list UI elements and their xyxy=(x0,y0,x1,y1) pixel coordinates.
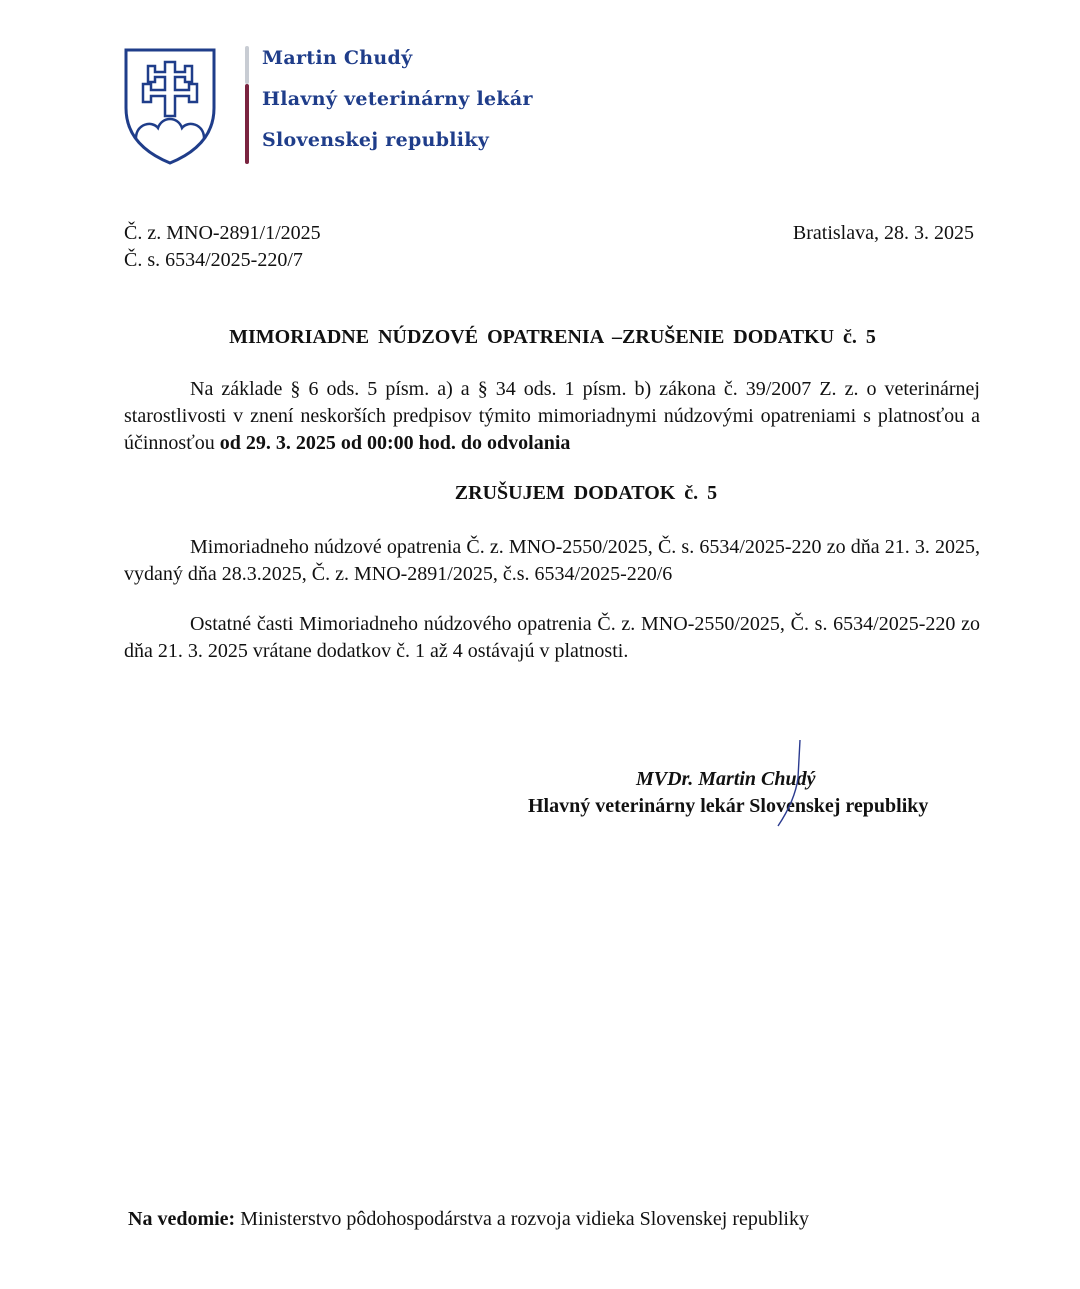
signature-title: Hlavný veterinárny lekár Slovenskej repu… xyxy=(528,795,928,818)
paragraph-2: Ostatné časti Mimoriadneho núdzového opa… xyxy=(124,611,980,665)
letterhead-bar-top xyxy=(245,46,249,84)
reference-cs: Č. s. 6534/2025-220/7 xyxy=(124,249,303,272)
paragraph-1-text: Mimoriadneho núdzové opatrenia Č. z. MNO… xyxy=(124,536,980,585)
note-line: Na vedomie: Ministerstvo pôdohospodárstv… xyxy=(128,1208,809,1231)
slovak-coat-of-arms-icon xyxy=(122,46,218,166)
letterhead-bar-bottom xyxy=(245,84,249,164)
intro-bold: od 29. 3. 2025 od 00:00 hod. do odvolani… xyxy=(220,432,571,454)
paragraph-1: Mimoriadneho núdzové opatrenia Č. z. MNO… xyxy=(124,534,980,588)
intro-paragraph: Na základe § 6 ods. 5 písm. a) a § 34 od… xyxy=(124,376,980,457)
handwritten-signature-icon xyxy=(760,738,820,828)
letterhead-country: Slovenskej republiky xyxy=(262,129,489,151)
document-title: MIMORIADNE NÚDZOVÉ OPATRENIA –ZRUŠENIE D… xyxy=(0,326,1080,349)
paragraph-2-text: Ostatné časti Mimoriadneho núdzového opa… xyxy=(124,613,980,662)
section-subtitle: ZRUŠUJEM DODATOK č. 5 xyxy=(0,482,1080,505)
letterhead-position: Hlavný veterinárny lekár xyxy=(262,88,533,110)
place-date: Bratislava, 28. 3. 2025 xyxy=(793,222,974,245)
reference-cz: Č. z. MNO-2891/1/2025 xyxy=(124,222,321,245)
note-text: Ministerstvo pôdohospodárstva a rozvoja … xyxy=(235,1208,809,1230)
note-label: Na vedomie: xyxy=(128,1208,235,1230)
letterhead-name: Martin Chudý xyxy=(262,47,412,69)
